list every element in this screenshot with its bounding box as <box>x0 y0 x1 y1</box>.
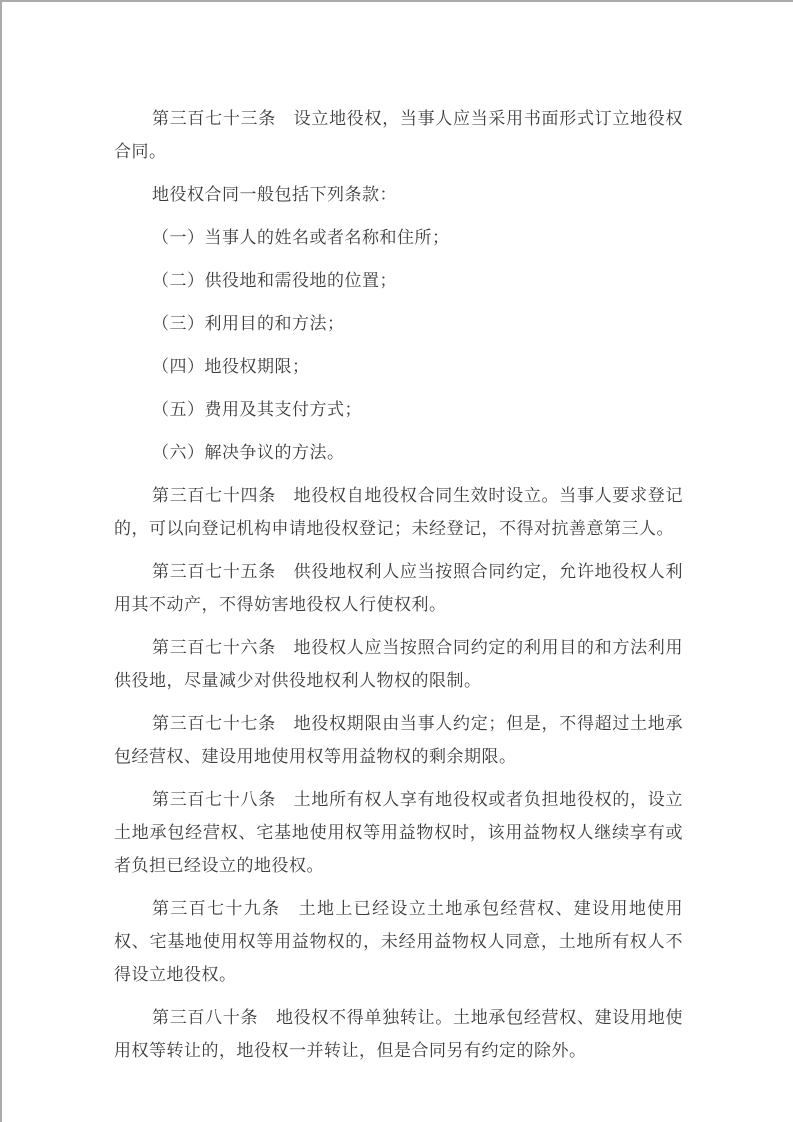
para-article-376: 第三百七十六条 地役权人应当按照合同约定的利用目的和方法利用供役地，尽量减少对供… <box>114 631 683 697</box>
para-article-378: 第三百七十八条 土地所有权人享有地役权或者负担地役权的，设立土地承包经营权、宅基… <box>114 783 683 882</box>
para-clause-5: （五）费用及其支付方式； <box>114 393 683 426</box>
para-clause-3: （三）利用目的和方法； <box>114 307 683 340</box>
para-clause-2: （二）供役地和需役地的位置； <box>114 264 683 297</box>
para-article-379: 第三百七十九条 土地上已经设立土地承包经营权、建设用地使用权、宅基地使用权等用益… <box>114 892 683 991</box>
para-clause-4: （四）地役权期限； <box>114 350 683 383</box>
para-clause-6: （六）解决争议的方法。 <box>114 436 683 469</box>
para-article-380: 第三百八十条 地役权不得单独转让。土地承包经营权、建设用地使用权等转让的，地役权… <box>114 1001 683 1067</box>
document-page: 第三百七十三条 设立地役权，当事人应当采用书面形式订立地役权合同。 地役权合同一… <box>0 0 793 1122</box>
para-clause-1: （一）当事人的姓名或者名称和住所； <box>114 221 683 254</box>
para-contract-clauses-intro: 地役权合同一般包括下列条款： <box>114 178 683 211</box>
document-text-column: 第三百七十三条 设立地役权，当事人应当采用书面形式订立地役权合同。 地役权合同一… <box>114 102 683 1077</box>
para-article-374: 第三百七十四条 地役权自地役权合同生效时设立。当事人要求登记的，可以向登记机构申… <box>114 479 683 545</box>
para-article-375: 第三百七十五条 供役地权利人应当按照合同约定，允许地役权人利用其不动产，不得妨害… <box>114 555 683 621</box>
para-article-373: 第三百七十三条 设立地役权，当事人应当采用书面形式订立地役权合同。 <box>114 102 683 168</box>
para-article-377: 第三百七十七条 地役权期限由当事人约定；但是，不得超过土地承包经营权、建设用地使… <box>114 707 683 773</box>
